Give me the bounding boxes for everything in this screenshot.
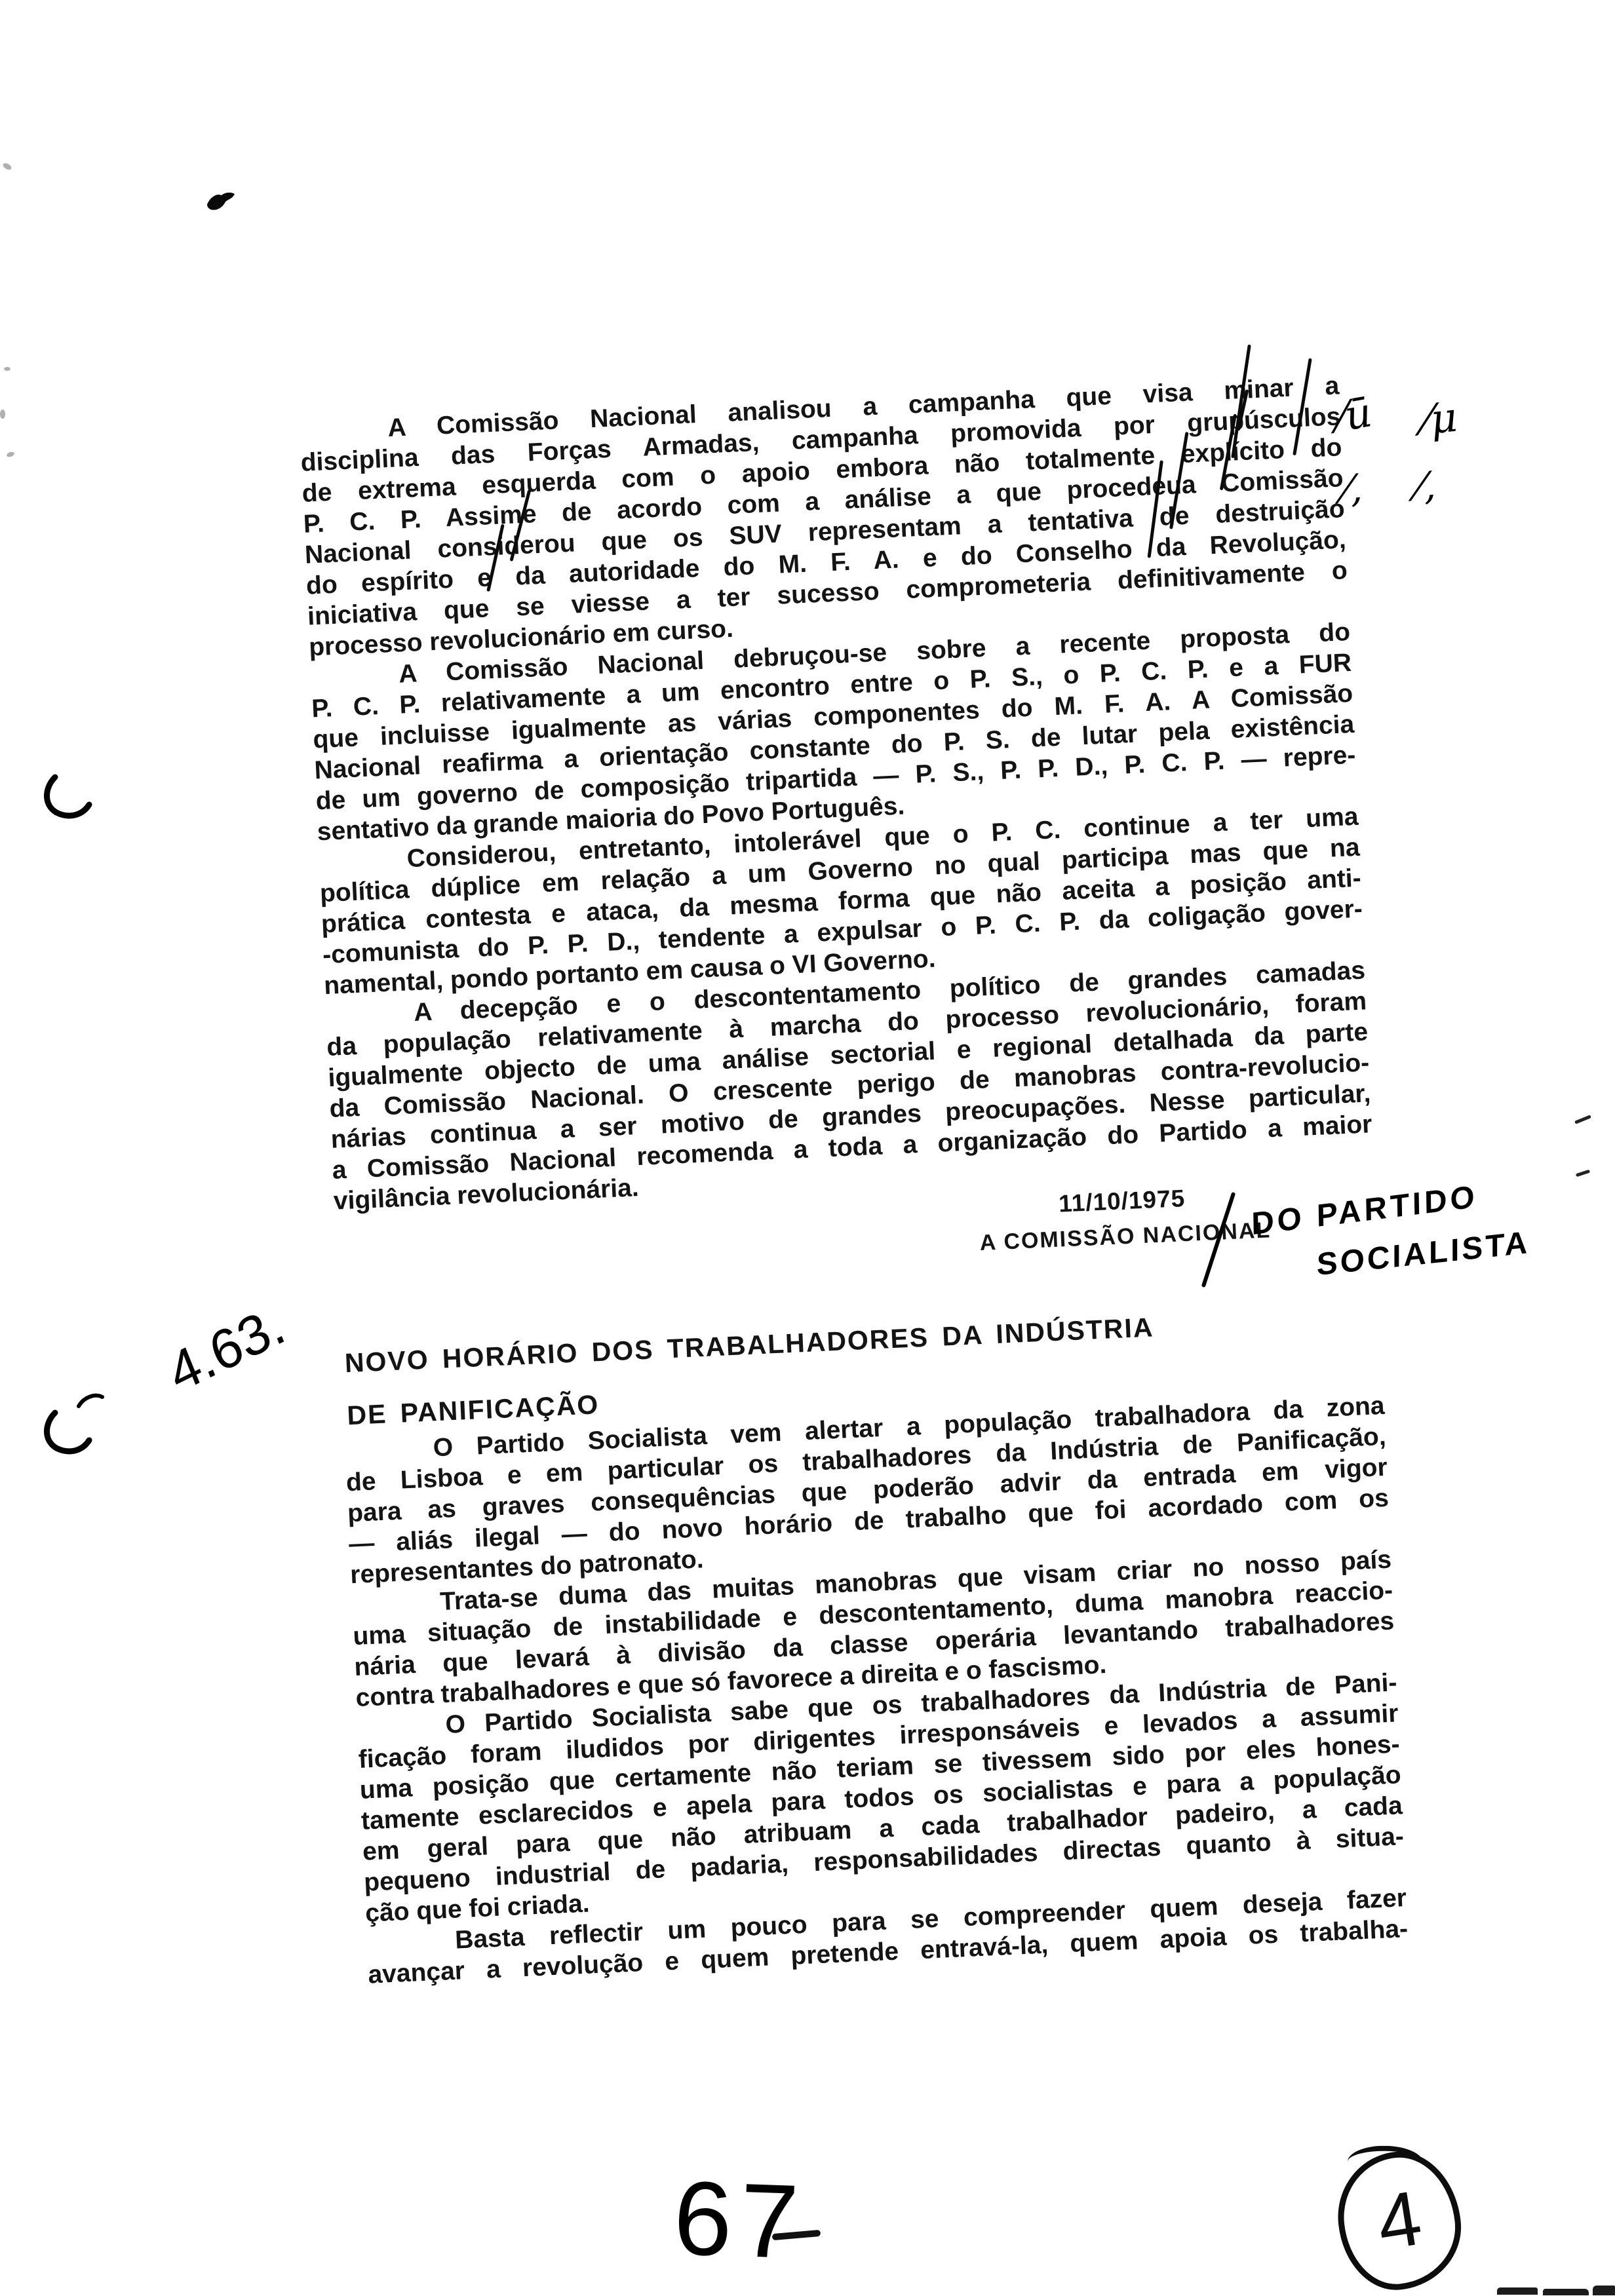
typed-text-segment: úscu	[1243, 404, 1304, 435]
scan-speck	[2, 162, 12, 171]
typed-text-segment: ícito do	[1232, 433, 1342, 466]
page-number-circled: 4	[1332, 2146, 1468, 2295]
margin-dash-mark	[1576, 1170, 1590, 1177]
circled-number-text: 4	[1371, 2173, 1428, 2268]
ink-blob-mark	[206, 190, 237, 216]
typed-text-block: A Comissão Nacional analisou a campanha …	[298, 361, 1410, 2018]
signature-line: A COMISSÃO NACIONAL	[979, 1215, 1272, 1259]
scanned-document-page: A Comissão Nacional analisou a campanha …	[0, 0, 1615, 2296]
document-date: 11/10/1975	[1058, 1183, 1186, 1219]
crescent-pen-mark	[39, 1406, 98, 1461]
crescent-pen-mark	[39, 771, 98, 826]
small-arc-pen-mark	[76, 1392, 105, 1409]
scan-speck	[4, 367, 10, 371]
scan-speck	[0, 410, 5, 419]
communique-body: A Comissão Nacional analisou a campanha …	[299, 370, 1374, 1216]
handwritten-margin-mark: ⁄μ	[1421, 393, 1459, 444]
typed-text-segment: inar a	[1246, 372, 1340, 404]
margin-dash-mark	[1574, 1115, 1591, 1124]
page-number-handwritten: 67	[672, 2158, 808, 2283]
handwritten-section-number: 4.63.	[159, 1292, 293, 1405]
edge-smudge	[1497, 2287, 1538, 2295]
communique-paragraph: A decepção e o descontentamento político…	[324, 955, 1374, 1216]
edge-smudge	[1593, 2286, 1615, 2295]
edge-smudge	[1543, 2289, 1589, 2295]
communique-paragraph: A Comissão Nacional analisou a campanha …	[299, 370, 1350, 662]
typed-text-segment: los	[1303, 402, 1341, 432]
handwritten-margin-mark: ⁄,	[1342, 466, 1364, 512]
scan-speck	[6, 451, 15, 458]
handwritten-margin-mark: ⁄,	[1416, 463, 1437, 509]
section-body: O Partido Socialista vem alertar a popul…	[344, 1390, 1409, 1991]
